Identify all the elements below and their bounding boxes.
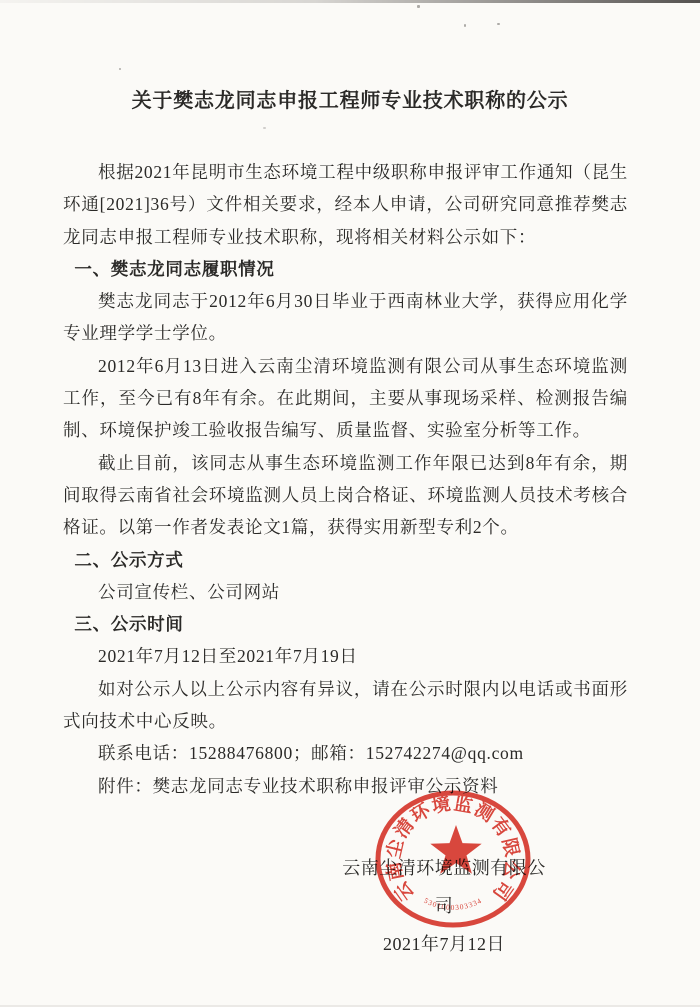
scanned-document-page: 关于樊志龙同志申报工程师专业技术职称的公示 根据2021年昆明市生态环境工程中级…	[0, 0, 700, 1007]
scan-speckle	[464, 24, 466, 27]
intro-paragraph: 根据2021年昆明市生态环境工程中级职称申报评审工作通知（昆生环通[2021]3…	[63, 156, 628, 253]
contact-info-line: 联系电话：15288476800；邮箱：152742274@qq.com	[63, 737, 628, 769]
document-body: 根据2021年昆明市生态环境工程中级职称申报评审工作通知（昆生环通[2021]3…	[0, 116, 700, 802]
company-seal-stamp: 云南尘清环境监测有限公司 5301000303334	[374, 790, 532, 930]
section-1-paragraph: 2012年6月13日进入云南尘清环境监测有限公司从事生态环境监测工作，至今已有8…	[63, 350, 628, 447]
seal-star-icon	[430, 825, 481, 874]
scan-speckle	[263, 127, 266, 129]
section-2-paragraph: 公司宣传栏、公司网站	[63, 576, 628, 608]
section-1-heading: 一、樊志龙同志履职情况	[63, 253, 628, 285]
scan-speckle	[497, 23, 500, 25]
document-title: 关于樊志龙同志申报工程师专业技术职称的公示	[45, 0, 655, 116]
section-3-heading: 三、公示时间	[63, 608, 628, 640]
scan-edge-artifact-top	[0, 0, 700, 3]
section-2-heading: 二、公示方式	[63, 544, 628, 576]
section-3-paragraph: 如对公示人以上公示内容有异议，请在公示时限内以电话或书面形式向技术中心反映。	[63, 673, 628, 738]
seal-code-text: 5301000303334	[422, 896, 483, 912]
signature-date: 2021年7月12日	[336, 925, 552, 963]
section-3-paragraph: 2021年7月12日至2021年7月19日	[63, 640, 628, 672]
section-1-paragraph: 樊志龙同志于2012年6月30日毕业于西南林业大学，获得应用化学专业理学学士学位…	[63, 285, 628, 350]
section-1-paragraph: 截止目前，该同志从事生态环境监测工作年限已达到8年有余，期间取得云南省社会环境监…	[63, 447, 628, 544]
attachment-line: 附件：樊志龙同志专业技术职称申报评审公示资料	[63, 770, 628, 802]
scan-speckle	[417, 5, 420, 8]
scan-speckle	[119, 68, 121, 70]
